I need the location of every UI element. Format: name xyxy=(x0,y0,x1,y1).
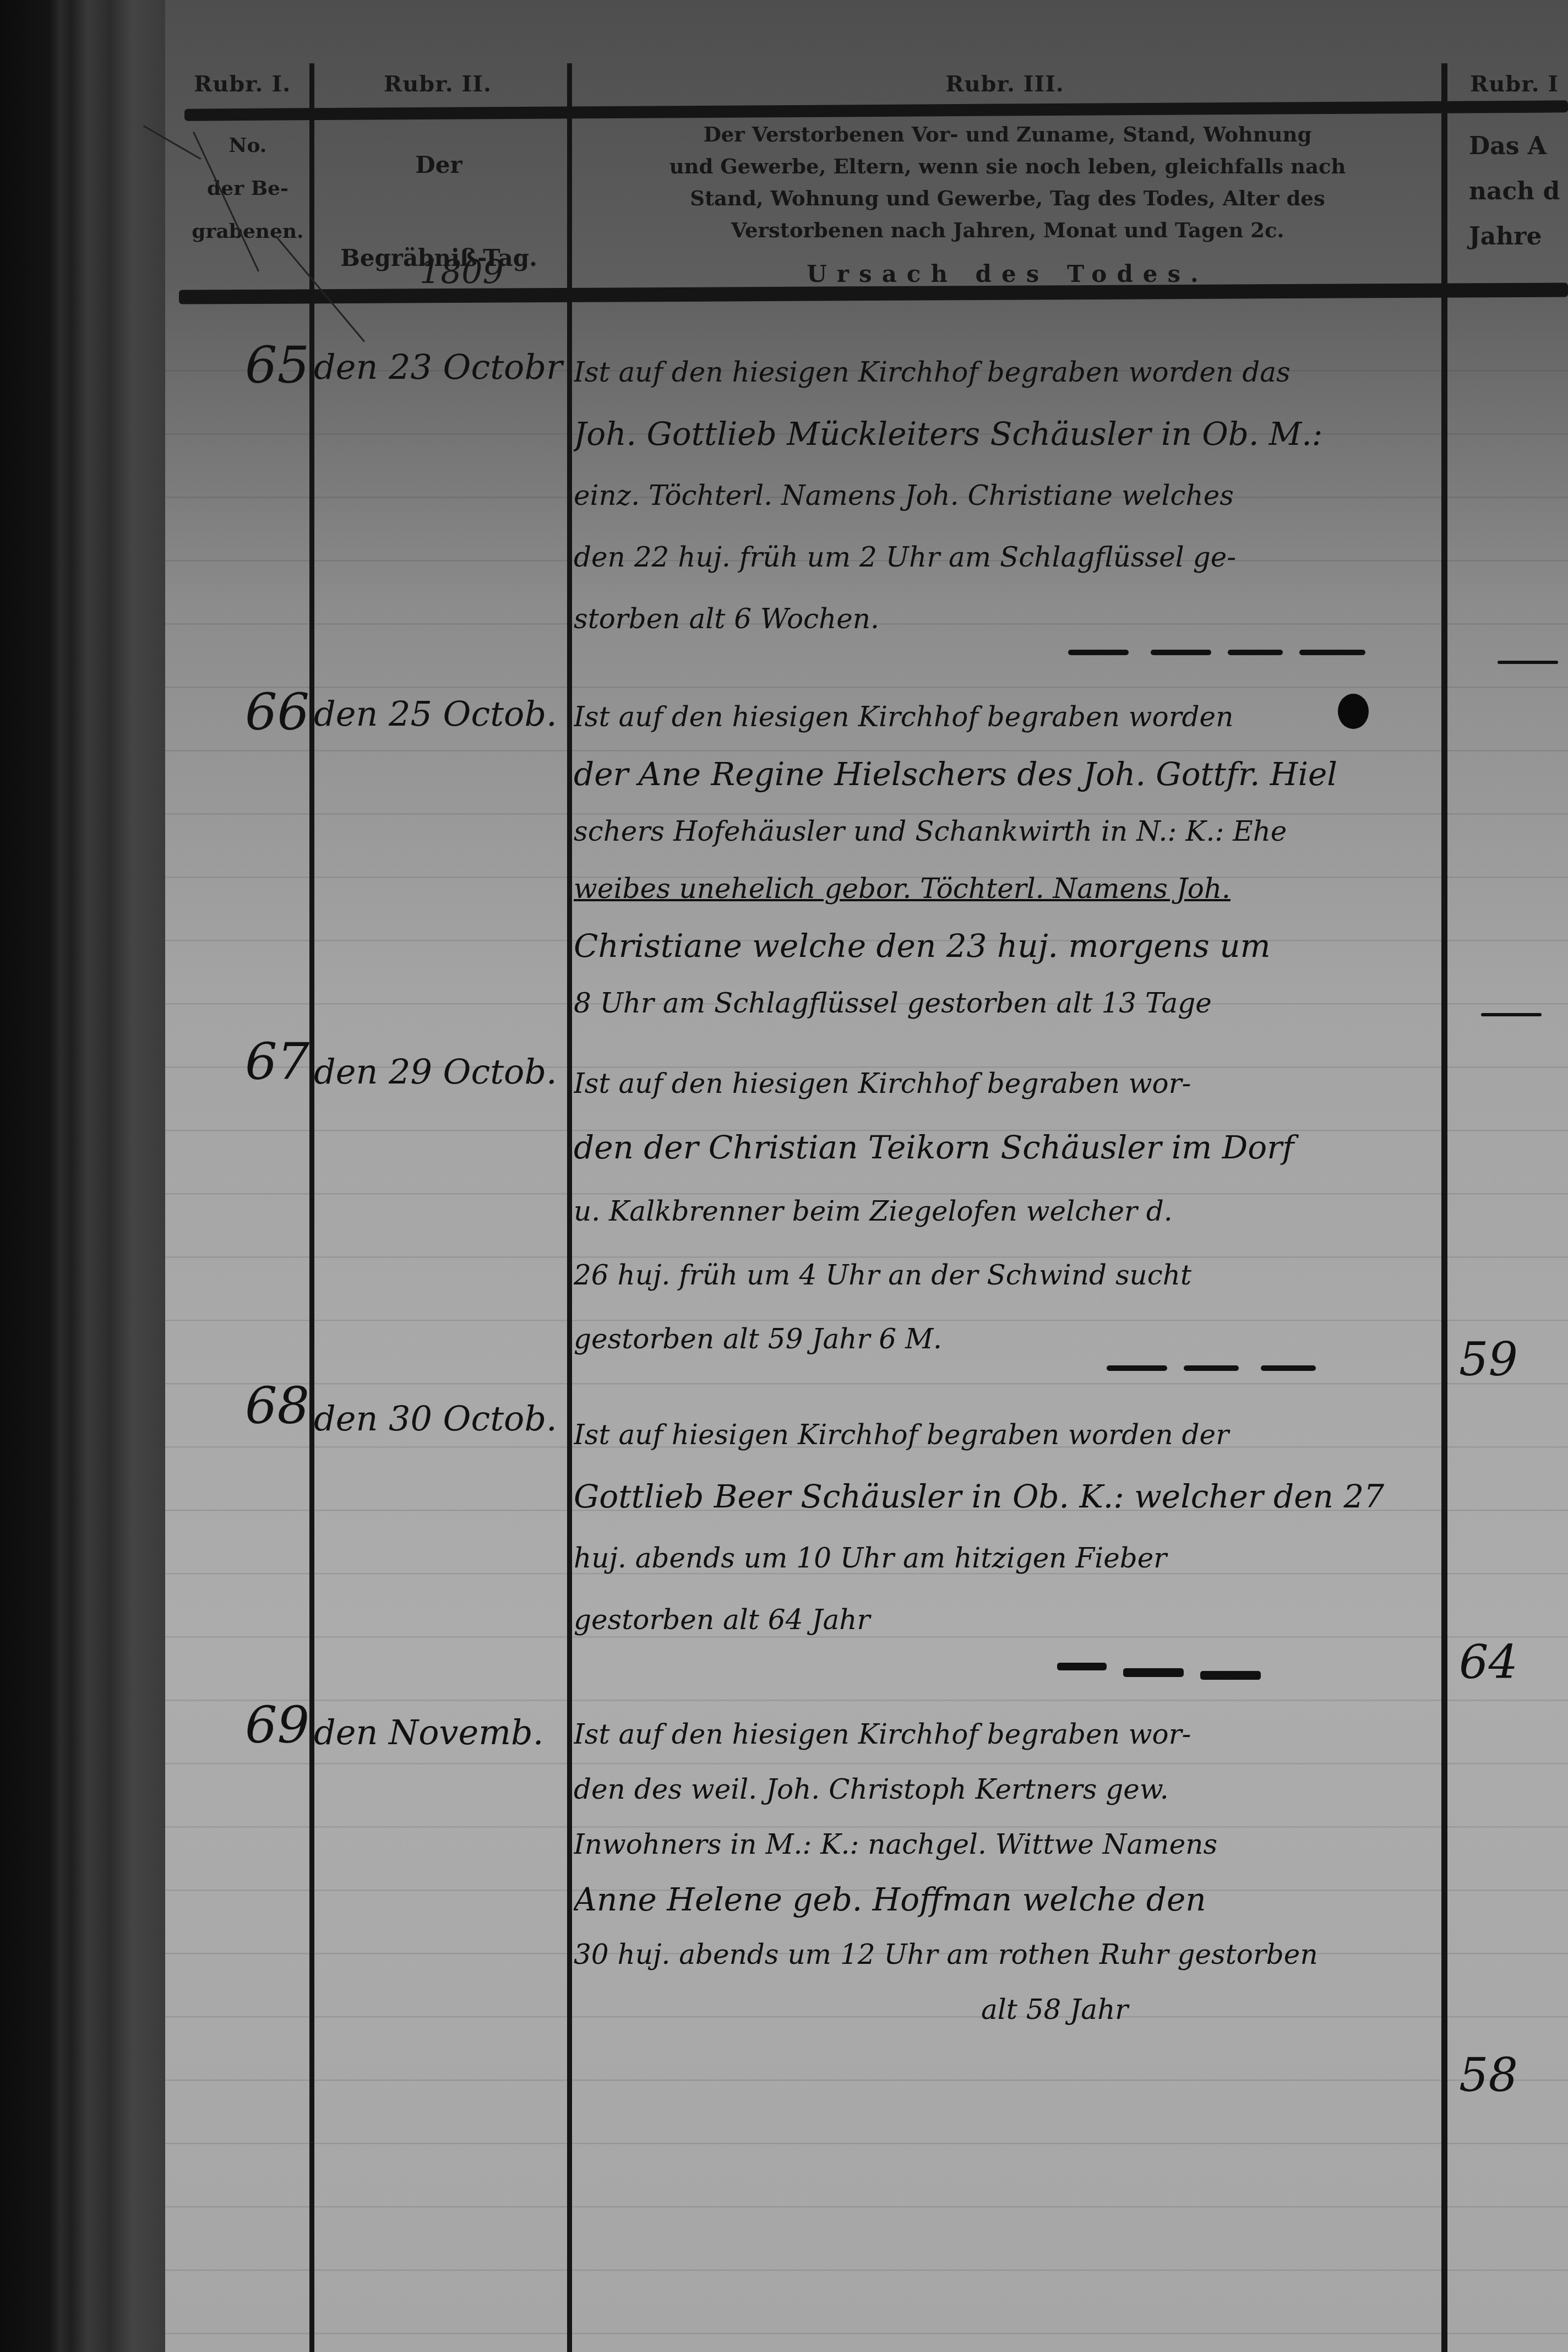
header-line: nach d xyxy=(1469,169,1568,214)
filler-dash xyxy=(1057,1663,1107,1670)
column-divider-1 xyxy=(309,63,314,2352)
age-dash xyxy=(1481,1013,1542,1016)
entry-number: 65 xyxy=(245,336,311,395)
filler-dash xyxy=(1107,1365,1167,1371)
header-cause-of-death: Ursach des Todes. xyxy=(573,258,1442,290)
entry-line: Gottlieb Beer Schäusler in Ob. K.: welch… xyxy=(574,1466,1438,1527)
age-dash xyxy=(1498,661,1558,664)
entry-line: 8 Uhr am Schlagflüssel gestorben alt 13 … xyxy=(574,974,1438,1032)
header-line: Verstorbenen nach Jahren, Monat und Tage… xyxy=(573,214,1442,246)
filler-dash xyxy=(1184,1365,1239,1371)
filler-dash xyxy=(1261,1365,1316,1371)
entry-line: Ist auf den hiesigen Kirchhof begraben w… xyxy=(574,1052,1438,1115)
entry-line: Anne Helene geb. Hoffman welche den xyxy=(574,1872,1438,1927)
ink-blot xyxy=(1338,694,1369,729)
entry-line: storben alt 6 Wochen. xyxy=(574,588,1438,650)
rubric-1-label: Rubr. I. xyxy=(179,65,306,104)
entry-line: alt 58 Jahr xyxy=(574,1982,1438,2037)
header-line: No. xyxy=(182,124,314,167)
filler-dash xyxy=(1123,1668,1184,1677)
age-value: 58 xyxy=(1459,2048,1518,2102)
entry-text: Ist auf hiesigen Kirchhof begraben worde… xyxy=(574,1404,1438,1651)
entry-line: Ist auf den hiesigen Kirchhof begraben w… xyxy=(574,1707,1438,1762)
entry-number: 67 xyxy=(245,1032,311,1091)
column-divider-3 xyxy=(1441,63,1447,2352)
filler-dash xyxy=(1200,1671,1261,1680)
header-line: Das A xyxy=(1469,124,1568,169)
entry-number: 66 xyxy=(245,683,311,742)
entry-line: Inwohners in M.: K.: nachgel. Wittwe Nam… xyxy=(574,1817,1438,1872)
entry-line: schers Hofehäusler und Schankwirth in N.… xyxy=(574,803,1438,860)
filler-dash xyxy=(1068,650,1129,655)
entry-date: den 23 Octobr xyxy=(314,347,567,387)
header-line: Der xyxy=(309,151,568,178)
entry-line: den der Christian Teikorn Schäusler im D… xyxy=(574,1115,1438,1179)
entry-date: den 25 Octob. xyxy=(314,694,567,734)
header-line: Jahre xyxy=(1469,214,1568,259)
column-divider-2 xyxy=(567,63,572,2352)
entry-text: Ist auf den hiesigen Kirchhof begraben w… xyxy=(574,341,1438,650)
rubric-2-label: Rubr. II. xyxy=(314,65,562,104)
entry-number: 68 xyxy=(245,1376,311,1435)
entry-line: Ist auf den hiesigen Kirchhof begraben w… xyxy=(574,688,1438,745)
entry-date: den 30 Octob. xyxy=(314,1398,567,1439)
header-line: Stand, Wohnung und Gewerbe, Tag des Tode… xyxy=(573,182,1442,214)
book-binding-edge xyxy=(0,0,182,2352)
entry-line: u. Kalkbrenner beim Ziegelofen welcher d… xyxy=(574,1179,1438,1243)
entry-line: den 22 huj. früh um 2 Uhr am Schlagflüss… xyxy=(574,526,1438,588)
entry-line: gestorben alt 59 Jahr 6 M. xyxy=(574,1307,1438,1371)
entry-text: Ist auf den hiesigen Kirchhof begraben w… xyxy=(574,1707,1438,2037)
header-deceased-details: Der Verstorbenen Vor- und Zuname, Stand,… xyxy=(573,113,1442,295)
filler-dash xyxy=(1228,650,1283,655)
entry-line: der Ane Regine Hielschers des Joh. Gottf… xyxy=(574,745,1438,803)
entry-line: Joh. Gottlieb Mückleiters Schäusler in O… xyxy=(574,403,1438,465)
age-value: 64 xyxy=(1459,1635,1518,1689)
entry-line: einz. Töchterl. Namens Joh. Christiane w… xyxy=(574,465,1438,526)
entry-date: den 29 Octob. xyxy=(314,1052,567,1092)
entry-line: Ist auf den hiesigen Kirchhof begraben w… xyxy=(574,341,1438,403)
header-line: und Gewerbe, Eltern, wenn sie noch leben… xyxy=(573,150,1442,182)
header-line: der Be- xyxy=(182,167,314,210)
register-page: Rubr. I. Rubr. II. Rubr. III. Rubr. I No… xyxy=(165,0,1568,2352)
rubric-3-label: Rubr. III. xyxy=(573,65,1437,104)
header-burial-date: Der Begräbniß-Tag. 1809 xyxy=(309,113,568,289)
entry-number: 69 xyxy=(245,1696,311,1755)
entry-date: den Novemb. xyxy=(314,1712,567,1752)
entry-line: huj. abends um 10 Uhr am hitzigen Fieber xyxy=(574,1527,1438,1589)
header-age: Das A nach d Jahre xyxy=(1447,113,1568,300)
entry-line: gestorben alt 64 Jahr xyxy=(574,1589,1438,1651)
handwritten-year: 1809 xyxy=(420,253,504,292)
entry-text: Ist auf den hiesigen Kirchhof begraben w… xyxy=(574,688,1438,1032)
header-burial-number: No. der Be- grabenen. xyxy=(182,113,314,300)
entry-line: Ist auf hiesigen Kirchhof begraben worde… xyxy=(574,1404,1438,1466)
rubric-4-label: Rubr. I xyxy=(1470,65,1568,104)
filler-dash xyxy=(1299,650,1365,655)
entry-line: weibes unehelich gebor. Töchterl. Namens… xyxy=(574,860,1438,917)
entry-line: den des weil. Joh. Christoph Kertners ge… xyxy=(574,1762,1438,1817)
header-line: Der Verstorbenen Vor- und Zuname, Stand,… xyxy=(573,118,1442,150)
entry-text: Ist auf den hiesigen Kirchhof begraben w… xyxy=(574,1052,1438,1371)
entry-line: Christiane welche den 23 huj. morgens um xyxy=(574,917,1438,974)
filler-dash xyxy=(1151,650,1211,655)
entry-line: 26 huj. früh um 4 Uhr an der Schwind suc… xyxy=(574,1243,1438,1307)
entry-line: 30 huj. abends um 12 Uhr am rothen Ruhr … xyxy=(574,1927,1438,1982)
age-value: 59 xyxy=(1459,1332,1518,1386)
